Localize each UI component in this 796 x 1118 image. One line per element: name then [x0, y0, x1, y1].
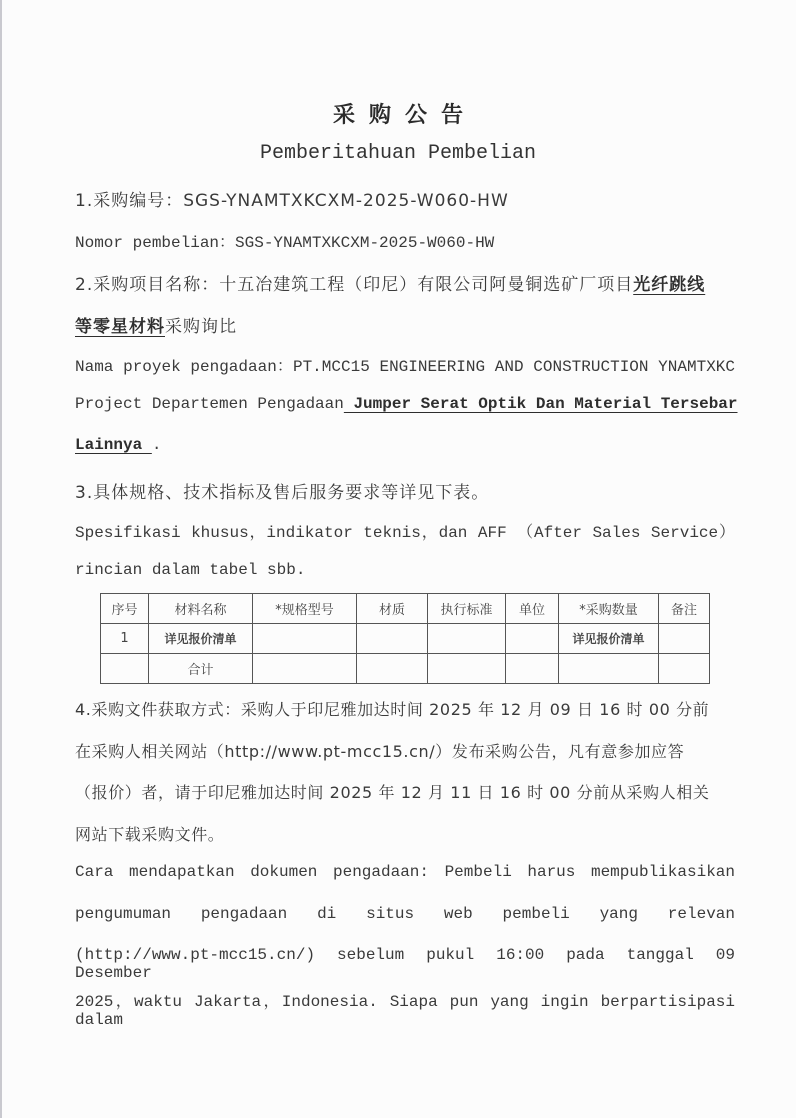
table-cell: [101, 654, 149, 684]
table-cell: [506, 624, 559, 654]
period: .: [152, 436, 162, 454]
header-cell: 单位: [506, 594, 559, 624]
table-cell: 合计: [149, 654, 253, 684]
procurement-number-cn: 1.采购编号：SGS-YNAMTXKCXM-2025-W060-HW: [75, 186, 735, 211]
header-cell: 材料名称: [149, 594, 253, 624]
table-row: 1 详见报价清单 详见报价清单: [101, 624, 710, 654]
table-cell: [559, 654, 659, 684]
header-cell: 材质: [357, 594, 428, 624]
table-cell: 详见报价清单: [149, 624, 253, 654]
acquisition-cn-line4: 网站下载采购文件。: [75, 822, 735, 845]
project-item-id-underlined: Jumper Serat Optik Dan Material Tersebar: [344, 395, 738, 413]
header-cell: 执行标准: [428, 594, 506, 624]
page-title-indonesian: Pemberitahuan Pembelian: [0, 142, 796, 165]
table-cell: [428, 654, 506, 684]
page-title-chinese: 采购公告: [0, 98, 796, 129]
procurement-number-id: Nomor pembelian：SGS-YNAMTXKCXM-2025-W060…: [75, 229, 735, 252]
page-edge: [0, 0, 2, 1118]
spec-table: 序号 材料名称 *规格型号 材质 执行标准 单位 *采购数量 备注 1 详见报价…: [100, 593, 710, 684]
header-cell: *规格型号: [253, 594, 357, 624]
project-name-cn-suffix: 采购询比: [165, 317, 237, 337]
project-item-underlined: 光纤跳线: [633, 275, 705, 295]
table-cell: 详见报价清单: [559, 624, 659, 654]
acquisition-id-line3: (http://www.pt-mcc15.cn/) sebelum pukul …: [75, 946, 735, 982]
table-cell: 1: [101, 624, 149, 654]
table-cell: [357, 624, 428, 654]
acquisition-id-line2: pengumuman pengadaan di situs web pembel…: [75, 905, 735, 923]
header-cell: *采购数量: [559, 594, 659, 624]
table-cell: [357, 654, 428, 684]
project-name-cn-prefix: 2.采购项目名称：十五冶建筑工程（印尼）有限公司阿曼铜选矿厂项目: [75, 275, 633, 295]
project-name-cn-line2: 等零星材料采购询比: [75, 312, 735, 337]
acquisition-cn-line3: （报价）者，请于印尼雅加达时间 2025 年 12 月 11 日 16 时 00…: [75, 780, 735, 803]
table-header-row: 序号 材料名称 *规格型号 材质 执行标准 单位 *采购数量 备注: [101, 594, 710, 624]
project-name-id-line2: Project Departemen Pengadaan Jumper Sera…: [75, 395, 735, 413]
acquisition-cn-line1: 4.采购文件获取方式：采购人于印尼雅加达时间 2025 年 12 月 09 日 …: [75, 697, 735, 720]
header-cell: 序号: [101, 594, 149, 624]
project-name-id-prefix: Project Departemen Pengadaan: [75, 395, 344, 413]
spec-heading-id-line2: rincian dalam tabel sbb.: [75, 561, 735, 579]
table-cell: [506, 654, 559, 684]
acquisition-id-line4: 2025，waktu Jakarta，Indonesia. Siapa pun …: [75, 988, 735, 1029]
table-cell: [428, 624, 506, 654]
table-cell: [253, 654, 357, 684]
project-name-id-line3: Lainnya .: [75, 436, 735, 454]
project-name-id-line1: Nama proyek pengadaan：PT.MCC15 ENGINEERI…: [75, 353, 735, 376]
project-name-cn-line1: 2.采购项目名称：十五冶建筑工程（印尼）有限公司阿曼铜选矿厂项目光纤跳线: [75, 270, 735, 295]
header-cell: 备注: [659, 594, 710, 624]
spec-heading-id-line1: Spesifikasi khusus，indikator teknis，dan …: [75, 519, 735, 542]
table-cell: [659, 624, 710, 654]
table-cell: [253, 624, 357, 654]
table-cell: [659, 654, 710, 684]
project-item-id-underlined-cont: Lainnya: [75, 436, 152, 454]
acquisition-id-line1: Cara mendapatkan dokumen pengadaan: Pemb…: [75, 863, 735, 881]
project-item-underlined-cont: 等零星材料: [75, 317, 165, 337]
table-row-total: 合计: [101, 654, 710, 684]
acquisition-cn-line2: 在采购人相关网站（http://www.pt-mcc15.cn/）发布采购公告，…: [75, 739, 735, 762]
spec-heading-cn: 3.具体规格、技术指标及售后服务要求等详见下表。: [75, 478, 735, 503]
